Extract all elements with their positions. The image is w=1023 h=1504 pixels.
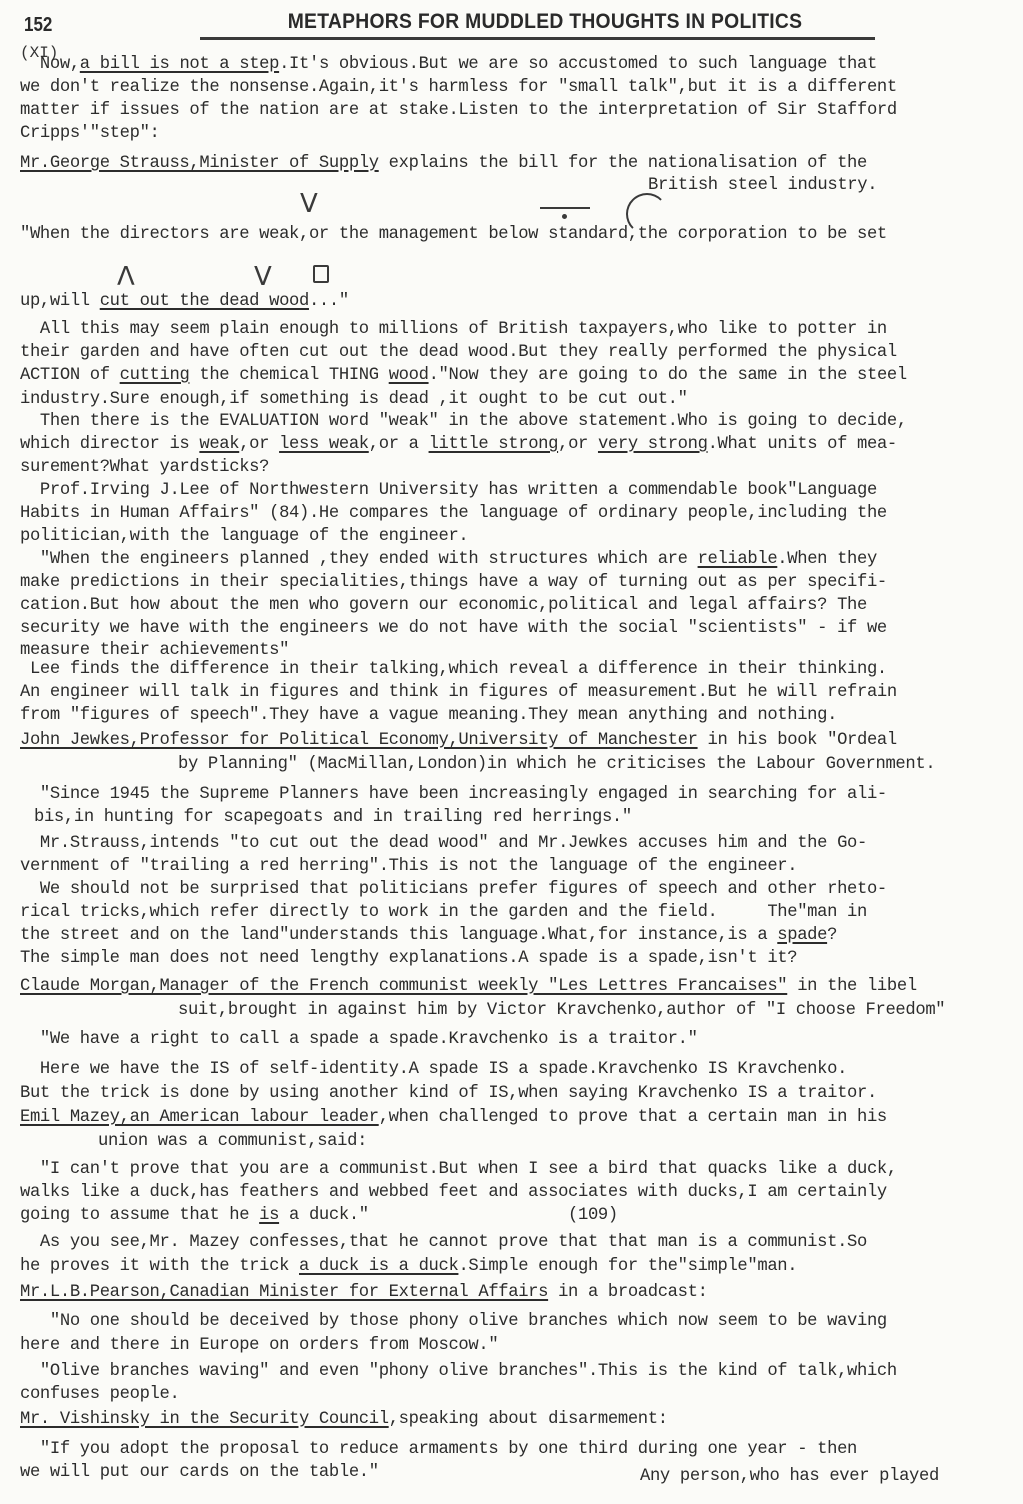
line-text: ,or (558, 435, 598, 454)
text-line: security we have with the engineers we d… (20, 619, 887, 639)
line-text: cation.But how about the men who govern … (20, 596, 867, 615)
below-dot-icon (562, 214, 567, 219)
line-text: "If you adopt the proposal to reduce arm… (20, 1440, 857, 1459)
line-text: up,will (20, 292, 100, 311)
text-line: suit,brought in against him by Victor Kr… (178, 1001, 945, 1021)
line-text: ."Now they are going to do the same in t… (429, 366, 907, 385)
text-line: Now,a bill is not a step.It's obvious.Bu… (20, 55, 877, 75)
line-text: "I can't prove that you are a communist.… (20, 1160, 897, 1179)
text-line: industry.Sure enough,if something is dea… (20, 390, 688, 410)
underlined-phrase: cut out the dead wood (100, 292, 309, 311)
text-line: An engineer will talk in figures and thi… (20, 683, 897, 703)
text-line: Claude Morgan,Manager of the French comm… (20, 977, 917, 997)
text-line: Mr.Strauss,intends "to cut out the dead … (20, 834, 867, 854)
line-text: Now, (20, 55, 80, 74)
line-text: "When the directors are weak,or the mana… (20, 225, 887, 244)
text-line: the street and on the land"understands t… (20, 926, 837, 946)
text-line: British steel industry. (648, 176, 877, 196)
line-text: .What units of mea- (708, 435, 897, 454)
text-line: "No one should be deceived by those phon… (20, 1312, 887, 1332)
line-text: industry.Sure enough,if something is dea… (20, 390, 688, 409)
line-text: make predictions in their specialities,t… (20, 573, 887, 592)
text-line: Any person,who has ever played (640, 1467, 939, 1487)
text-line: by Planning" (MacMillan,London)in which … (178, 755, 935, 775)
text-line: he proves it with the trick a duck is a … (20, 1257, 797, 1277)
text-line: Mr.George Strauss,Minister of Supply exp… (20, 154, 867, 174)
line-text: "Olive branches waving" and even "phony … (20, 1362, 897, 1381)
line-text: Habits in Human Affairs" (84).He compare… (20, 504, 887, 523)
text-line: "When the directors are weak,or the mana… (20, 225, 887, 245)
line-text: suit,brought in against him by Victor Kr… (178, 1001, 945, 1020)
running-head-rule (200, 37, 875, 40)
line-text: we don't realize the nonsense.Again,it's… (20, 78, 897, 97)
underlined-phrase: little strong (429, 435, 559, 454)
text-line: which director is weak,or less weak,or a… (20, 435, 897, 455)
text-line: But the trick is done by using another k… (20, 1084, 877, 1104)
text-line: "I can't prove that you are a communist.… (20, 1160, 897, 1180)
line-text: the street and on the land"understands t… (20, 926, 777, 945)
text-line: surement?What yardsticks? (20, 458, 269, 478)
underlined-phrase: spade (777, 926, 827, 945)
line-text: in the libel (787, 977, 917, 996)
line-text: a duck." (109) (279, 1206, 618, 1225)
underlined-phrase: Claude Morgan,Manager of the French comm… (20, 977, 787, 996)
line-text: bis,in hunting for scapegoats and in tra… (34, 808, 632, 827)
line-text: security we have with the engineers we d… (20, 619, 887, 638)
line-text: their garden and have often cut out the … (20, 343, 897, 362)
text-line: going to assume that he is a duck." (109… (20, 1206, 618, 1226)
line-text: ACTION of (20, 366, 120, 385)
text-line: we will put our cards on the table." (20, 1463, 379, 1483)
text-line: Cripps'"step": (20, 124, 160, 144)
line-text: .Simple enough for the"simple"man. (458, 1257, 797, 1276)
line-text: going to assume that he (20, 1206, 259, 1225)
text-line: matter if issues of the nation are at st… (20, 101, 897, 121)
line-text: Then there is the EVALUATION word "weak"… (20, 412, 907, 431)
running-head: METAPHORS FOR MUDDLED THOUGHTS IN POLITI… (228, 10, 863, 34)
underlined-phrase: Mr.L.B.Pearson,Canadian Minister for Ext… (20, 1283, 548, 1302)
line-text: But the trick is done by using another k… (20, 1084, 877, 1103)
line-text: "No one should be deceived by those phon… (20, 1312, 887, 1331)
underlined-phrase: cutting (120, 366, 190, 385)
line-text: by Planning" (MacMillan,London)in which … (178, 755, 935, 774)
text-line: Prof.Irving J.Lee of Northwestern Univer… (20, 481, 877, 501)
text-line: As you see,Mr. Mazey confesses,that he c… (20, 1233, 867, 1253)
text-line: Mr. Vishinsky in the Security Council,sp… (20, 1410, 668, 1430)
underlined-phrase: is (259, 1206, 279, 1225)
underlined-phrase: wood (389, 366, 429, 385)
text-line: "Olive branches waving" and even "phony … (20, 1362, 897, 1382)
text-line: Emil Mazey,an American labour leader,whe… (20, 1108, 887, 1128)
underlined-phrase: reliable (698, 550, 778, 569)
cut-out-mark-icon: V (254, 264, 272, 290)
line-text: politician,with the language of the engi… (20, 527, 468, 546)
page-number: 152 (24, 14, 52, 37)
line-text: .It's obvious.But we are so accustomed t… (279, 55, 877, 74)
underlined-phrase: weak (199, 435, 239, 454)
text-line: union was a communist,said: (98, 1132, 367, 1152)
line-text: ,or (239, 435, 279, 454)
line-text: rical tricks,which refer directly to wor… (20, 903, 867, 922)
text-line: We should not be surprised that politici… (20, 880, 887, 900)
line-text: explains the bill for the nationalisatio… (379, 154, 867, 173)
line-text: .When they (777, 550, 877, 569)
line-text: ,speaking about disarmement: (389, 1410, 668, 1429)
line-text: Cripps'"step": (20, 124, 160, 143)
text-line: "We have a right to call a spade a spade… (20, 1030, 698, 1050)
underlined-phrase: Mr. Vishinsky in the Security Council (20, 1410, 389, 1429)
line-text: "Since 1945 the Supreme Planners have be… (20, 785, 887, 804)
line-text: confuses people. (20, 1385, 179, 1404)
text-line: rical tricks,which refer directly to wor… (20, 903, 867, 923)
text-line: up,will cut out the dead wood..." (20, 292, 349, 312)
text-line: from "figures of speech".They have a vag… (20, 706, 837, 726)
line-text: in his book "Ordeal (698, 731, 897, 750)
underlined-phrase: Emil Mazey,an American labour leader (20, 1108, 379, 1127)
text-line: "Since 1945 the Supreme Planners have be… (20, 785, 887, 805)
line-text: "We have a right to call a spade a spade… (20, 1030, 698, 1049)
text-line: John Jewkes,Professor for Political Econ… (20, 731, 897, 751)
text-line: "When the engineers planned ,they ended … (20, 550, 877, 570)
line-text: All this may seem plain enough to millio… (20, 320, 887, 339)
line-text: An engineer will talk in figures and thi… (20, 683, 897, 702)
line-text: We should not be surprised that politici… (20, 880, 887, 899)
line-text: surement?What yardsticks? (20, 458, 269, 477)
text-line: bis,in hunting for scapegoats and in tra… (34, 808, 632, 828)
underlined-phrase: very strong (598, 435, 708, 454)
line-text: British steel industry. (648, 176, 877, 195)
text-line: "If you adopt the proposal to reduce arm… (20, 1440, 857, 1460)
line-text: As you see,Mr. Mazey confesses,that he c… (20, 1233, 867, 1252)
weak-mark-icon: V (300, 191, 318, 217)
underlined-phrase: a duck is a duck (299, 1257, 458, 1276)
line-text: we will put our cards on the table." (20, 1463, 379, 1482)
line-text: vernment of "trailing a red herring".Thi… (20, 857, 797, 876)
line-text: Here we have the IS of self-identity.A s… (20, 1060, 847, 1079)
text-line: measure their achievements" (20, 641, 289, 661)
line-text: The simple man does not need lengthy exp… (20, 949, 797, 968)
text-line: here and there in Europe on orders from … (20, 1336, 498, 1356)
text-line: confuses people. (20, 1385, 179, 1405)
line-text: Any person,who has ever played (640, 1467, 939, 1486)
line-text: in a broadcast: (548, 1283, 707, 1302)
text-line: ACTION of cutting the chemical THING woo… (20, 366, 907, 386)
below-bar-icon (540, 207, 590, 209)
text-line: Here we have the IS of self-identity.A s… (20, 1060, 847, 1080)
line-text: walks like a duck,has feathers and webbe… (20, 1183, 887, 1202)
line-text: from "figures of speech".They have a vag… (20, 706, 837, 725)
line-text: ? (827, 926, 837, 945)
set-up-mark-icon: Λ (117, 264, 135, 290)
underlined-phrase: Mr.George Strauss,Minister of Supply (20, 154, 379, 173)
text-line: their garden and have often cut out the … (20, 343, 897, 363)
underlined-phrase: John Jewkes,Professor for Political Econ… (20, 731, 698, 750)
line-text: Prof.Irving J.Lee of Northwestern Univer… (20, 481, 877, 500)
text-line: Lee finds the difference in their talkin… (20, 660, 887, 680)
line-text: "When the engineers planned ,they ended … (20, 550, 698, 569)
text-line: cation.But how about the men who govern … (20, 596, 867, 616)
dead-wood-box-icon (313, 265, 329, 283)
line-text: the chemical THING (189, 366, 388, 385)
line-text: Lee finds the difference in their talkin… (20, 660, 887, 679)
text-line: The simple man does not need lengthy exp… (20, 949, 797, 969)
text-line: Habits in Human Affairs" (84).He compare… (20, 504, 887, 524)
text-line: make predictions in their specialities,t… (20, 573, 887, 593)
line-text: matter if issues of the nation are at st… (20, 101, 897, 120)
line-text: Mr.Strauss,intends "to cut out the dead … (20, 834, 867, 853)
underlined-phrase: a bill is not a step (80, 55, 279, 74)
underlined-phrase: less weak (279, 435, 369, 454)
text-line: politician,with the language of the engi… (20, 527, 468, 547)
text-line: walks like a duck,has feathers and webbe… (20, 1183, 887, 1203)
line-text: ,when challenged to prove that a certain… (379, 1108, 887, 1127)
line-text: he proves it with the trick (20, 1257, 299, 1276)
text-line: vernment of "trailing a red herring".Thi… (20, 857, 797, 877)
line-text: measure their achievements" (20, 641, 289, 660)
line-text: ..." (309, 292, 349, 311)
text-line: we don't realize the nonsense.Again,it's… (20, 78, 897, 98)
line-text: which director is (20, 435, 199, 454)
line-text: ,or a (369, 435, 429, 454)
text-line: Then there is the EVALUATION word "weak"… (20, 412, 907, 432)
text-line: All this may seem plain enough to millio… (20, 320, 887, 340)
line-text: union was a communist,said: (98, 1132, 367, 1151)
line-text: here and there in Europe on orders from … (20, 1336, 498, 1355)
text-line: Mr.L.B.Pearson,Canadian Minister for Ext… (20, 1283, 708, 1303)
